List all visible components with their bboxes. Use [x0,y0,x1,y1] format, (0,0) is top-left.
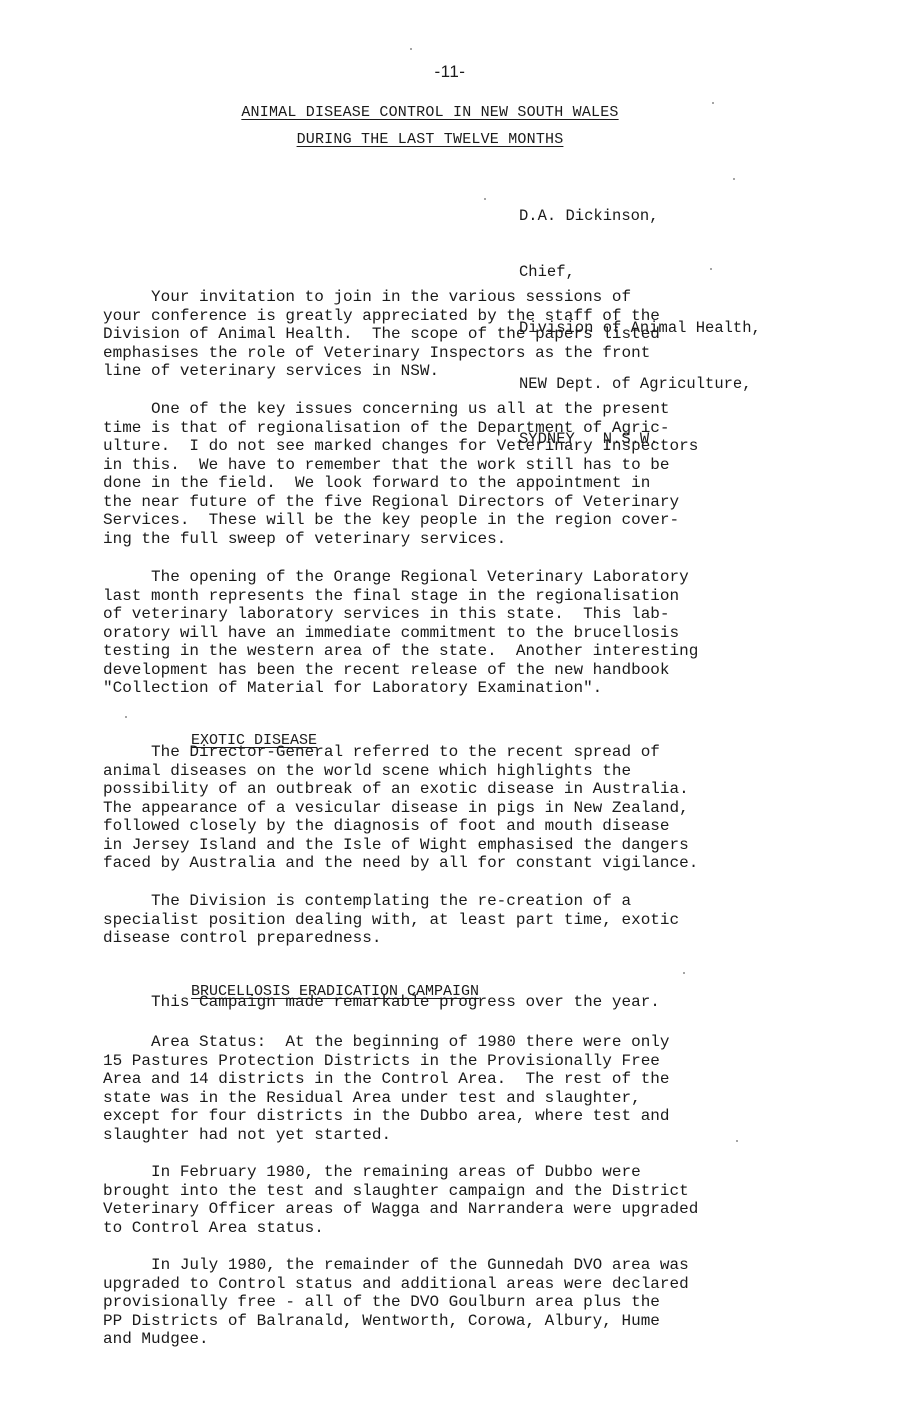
text-line: in Jersey Island and the Isle of Wight e… [103,836,698,855]
text-line: The opening of the Orange Regional Veter… [103,568,698,587]
text-line: last month represents the final stage in… [103,587,698,606]
paragraph-july: In July 1980, the remainder of the Gunne… [103,1256,689,1349]
text-line: The appearance of a vesicular disease in… [103,799,698,818]
paragraph-specialist: The Division is contemplating the re-cre… [103,892,679,948]
text-line: specialist position dealing with, at lea… [103,911,679,930]
text-line: followed closely by the diagnosis of foo… [103,817,698,836]
text-line: One of the key issues concerning us all … [103,400,698,419]
text-line: In February 1980, the remaining areas of… [103,1163,698,1182]
text-line: Veterinary Officer areas of Wagga and Na… [103,1200,698,1219]
text-line: your conference is greatly appreciated b… [103,307,660,326]
text-line: PP Districts of Balranald, Wentworth, Co… [103,1312,689,1331]
text-line: provisionally free - all of the DVO Goul… [103,1293,689,1312]
paragraph-laboratory: The opening of the Orange Regional Veter… [103,568,698,698]
text-line: the near future of the five Regional Dir… [103,493,698,512]
text-line: in this. We have to remember that the wo… [103,456,698,475]
text-line: Division of Animal Health. The scope of … [103,325,660,344]
text-line: and Mudgee. [103,1330,689,1349]
text-line: Services. These will be the key people i… [103,511,698,530]
text-line: development has been the recent release … [103,661,698,680]
text-line: 15 Pastures Protection Districts in the … [103,1052,670,1071]
text-line: brought into the test and slaughter camp… [103,1182,698,1201]
text-line: emphasises the role of Veterinary Inspec… [103,344,660,363]
text-line: oratory will have an immediate commitmen… [103,624,698,643]
author-name: D.A. Dickinson, [519,207,761,226]
text-line: Your invitation to join in the various s… [103,288,660,307]
text-line: animal diseases on the world scene which… [103,762,698,781]
text-line: This Campaign made remarkable progress o… [103,993,660,1012]
text-line: possibility of an outbreak of an exotic … [103,780,698,799]
paragraph-intro: Your invitation to join in the various s… [103,288,660,381]
text-line: ing the full sweep of veterinary service… [103,530,698,549]
scan-speck [710,268,712,270]
text-line: "Collection of Material for Laboratory E… [103,679,698,698]
scan-speck [712,102,714,104]
text-line: of veterinary laboratory services in thi… [103,605,698,624]
scan-speck [125,716,127,718]
author-position: Chief, [519,263,761,282]
text-line: Area and 14 districts in the Control Are… [103,1070,670,1089]
text-line: done in the field. We look forward to th… [103,474,698,493]
title-line-1: ANIMAL DISEASE CONTROL IN NEW SOUTH WALE… [241,104,618,121]
text-line: testing in the western area of the state… [103,642,698,661]
paragraph-campaign-progress: This Campaign made remarkable progress o… [103,993,660,1012]
text-line: In July 1980, the remainder of the Gunne… [103,1256,689,1275]
text-line: to Control Area status. [103,1219,698,1238]
scan-speck [683,972,685,974]
text-line: faced by Australia and the need by all f… [103,854,698,873]
text-line: time is that of regionalisation of the D… [103,419,698,438]
paragraph-area-status: Area Status: At the beginning of 1980 th… [103,1033,670,1144]
document-subtitle: DURING THE LAST TWELVE MONTHS [0,131,860,148]
text-line: disease control preparedness. [103,929,679,948]
text-line: state was in the Residual Area under tes… [103,1089,670,1108]
text-line: Area Status: At the beginning of 1980 th… [103,1033,670,1052]
text-line: slaughter had not yet started. [103,1126,670,1145]
title-line-2: DURING THE LAST TWELVE MONTHS [297,131,564,148]
text-line: ulture. I do not see marked changes for … [103,437,698,456]
document-page: -11- ANIMAL DISEASE CONTROL IN NEW SOUTH… [0,0,900,1405]
text-line: The Division is contemplating the re-cre… [103,892,679,911]
paragraph-regionalisation: One of the key issues concerning us all … [103,400,698,548]
scan-speck [410,48,412,50]
scan-speck [733,178,735,180]
text-line: line of veterinary services in NSW. [103,362,660,381]
page-number: -11- [0,62,900,82]
document-title: ANIMAL DISEASE CONTROL IN NEW SOUTH WALE… [0,104,860,121]
paragraph-exotic: The Director-General referred to the rec… [103,743,698,873]
text-line: upgraded to Control status and additiona… [103,1275,689,1294]
text-line: except for four districts in the Dubbo a… [103,1107,670,1126]
scan-speck [484,198,486,200]
paragraph-february: In February 1980, the remaining areas of… [103,1163,698,1237]
scan-speck [736,1140,738,1142]
text-line: The Director-General referred to the rec… [103,743,698,762]
